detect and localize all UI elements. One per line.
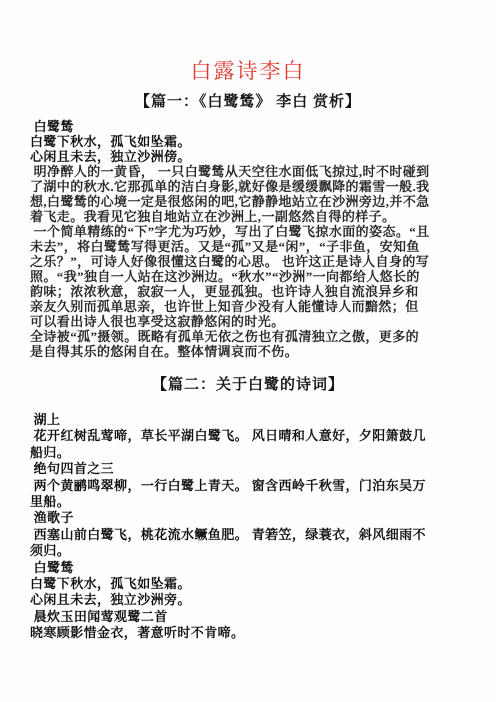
verse-line: 心闲且未去，独立沙洲傍。 xyxy=(30,149,470,164)
document-page: 白露诗李白 【篇一：《白鹭鸶》 李白 赏析】 白鹭鸶 白鹭下秋水，孤飞如坠霜。 … xyxy=(0,0,496,702)
section2-header: 【篇二：关于白鹭的诗词】 xyxy=(0,373,496,394)
verse-line: 里船。 xyxy=(30,494,470,510)
poem-title-line: 白鹭鸶 xyxy=(30,119,470,134)
prose-line: 着飞走。我看见它独自地站立在沙洲上,一副悠然自得的样子。 xyxy=(30,209,470,224)
page-title: 白露诗李白 xyxy=(0,55,496,85)
verse-line: 须归。 xyxy=(30,543,470,559)
prose-line: 照。“我”独自一人站在这沙洲边。“秋水”“沙洲”一向都给人悠长的 xyxy=(30,269,470,284)
section1-body: 白鹭鸶 白鹭下秋水，孤飞如坠霜。 心闲且未去，独立沙洲傍。 明净醉人的一黄昏， … xyxy=(30,119,470,359)
section2-body: 湖上 花开红树乱莺啼，草长平湖白鹭飞。 风日晴和人意好，夕阳箫鼓几 船归。 绝句… xyxy=(30,412,470,642)
verse-line: 白鹭下秋水，孤飞如坠霜。 xyxy=(30,576,470,592)
verse-line: 晓寒顾影惜金衣，著意听时不肯啼。 xyxy=(30,625,470,641)
prose-line: 想,白鹭鸶的心境一定是很悠闲的吧,它静静地站立在沙洲旁边,并不急 xyxy=(30,194,470,209)
poem-title-line: 白鹭鸶 xyxy=(30,560,470,576)
poem-title-line: 渔歌子 xyxy=(30,510,470,526)
prose-line: 可以看出诗人很也享受这寂静悠闲的时光。 xyxy=(30,314,470,329)
section1-header: 【篇一：《白鹭鸶》 李白 赏析】 xyxy=(0,90,496,111)
verse-line: 心闲且未去，独立沙洲旁。 xyxy=(30,592,470,608)
poem-title-line: 湖上 xyxy=(30,412,470,428)
poem-title-line: 绝句四首之三 xyxy=(30,461,470,477)
prose-line: 一个简单精练的“下”字尤为巧妙，写出了白鹭飞掠水面的姿态。“且 xyxy=(30,224,470,239)
poem-title-line: 晨炊玉田闻莺观鹭二首 xyxy=(30,609,470,625)
prose-line: 是自得其乐的悠闲自在。整体情调哀而不伤。 xyxy=(30,344,470,359)
prose-line: 之乐？”，可诗人好像很懂这白鹭的心思。 也许这正是诗人自身的写 xyxy=(30,254,470,269)
prose-line: 亲友久别而孤单思亲，也许世上知音少没有人能懂诗人而黯然；但 xyxy=(30,299,470,314)
prose-line: 韵味；浓浓秋意，寂寂一人，更显孤独。也许诗人独自流浪异乡和 xyxy=(30,284,470,299)
verse-line: 花开红树乱莺啼，草长平湖白鹭飞。 风日晴和人意好，夕阳箫鼓几 xyxy=(30,428,470,444)
verse-line: 船归。 xyxy=(30,445,470,461)
prose-line: 了湖中的秋水.它那孤单的洁白身影,就好像是缓缓飘降的霜雪一般.我 xyxy=(30,179,470,194)
prose-line: 全诗被“孤”摄领。既略有孤单无依之伤也有孤清独立之傲，更多的 xyxy=(30,329,470,344)
prose-line: 未去”，将白鹭鸶写得更活。又是“孤”又是“闲”，“子非鱼，安知鱼 xyxy=(30,239,470,254)
prose-line: 明净醉人的一黄昏， 一只白鹭鸶从天空往水面低飞掠过,时不时碰到 xyxy=(30,164,470,179)
verse-line: 西塞山前白鹭飞，桃花流水鳜鱼肥。 青箬笠，绿蓑衣，斜风细雨不 xyxy=(30,527,470,543)
verse-line: 两个黄鹂鸣翠柳，一行白鹭上青天。 窗含西岭千秋雪，门泊东吴万 xyxy=(30,478,470,494)
verse-line: 白鹭下秋水，孤飞如坠霜。 xyxy=(30,134,470,149)
